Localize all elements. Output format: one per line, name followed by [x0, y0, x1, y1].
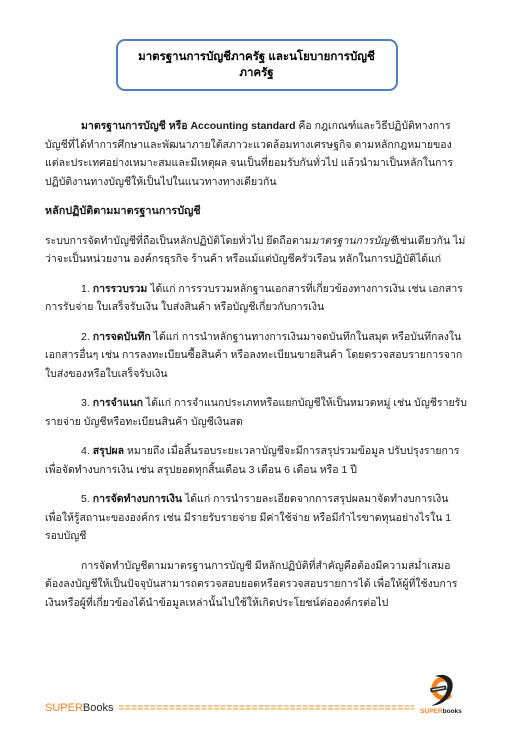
- list-item-term: การจดบันทึก: [93, 331, 151, 343]
- footer-brand-left-super: SUPER: [45, 702, 83, 714]
- list-item: 1.การรวบรวม ได้แก่ การรวบรวมหลักฐานเอกสา…: [45, 280, 468, 317]
- list-item: 4.สรุปผล หมายถึง เมื่อสิ้นรอบระยะเวลาบัญ…: [45, 442, 468, 479]
- intro-paragraph: มาตรฐานการบัญชี หรือ Accounting standard…: [45, 117, 468, 191]
- footer-brand-left-books: Books: [83, 702, 114, 714]
- list-item-number: 4.: [81, 445, 90, 457]
- superbooks-logo-icon: [428, 674, 455, 707]
- footer-brand-left: SUPERBooks: [45, 702, 113, 715]
- list-item-term: การจัดทำงบการเงิน: [93, 493, 182, 505]
- closing-paragraph: การจัดทำบัญชีตามมาตรฐานการบัญชี มีหลักปฏ…: [45, 557, 468, 613]
- list-item-number: 1.: [81, 283, 90, 295]
- footer-brand-right-super: SUPER: [420, 708, 442, 715]
- list-item-term: สรุปผล: [93, 445, 124, 457]
- document-page: มาตรฐานการบัญชีภาครัฐ และนโยบายการบัญชีภ…: [0, 0, 513, 739]
- list-item-number: 3.: [81, 397, 90, 409]
- page-footer: SUPERBooks =============================…: [45, 674, 463, 715]
- list-item-number: 5.: [81, 493, 90, 505]
- title-box: มาตรฐานการบัญชีภาครัฐ และนโยบายการบัญชีภ…: [116, 39, 398, 91]
- intro-bold-text: มาตรฐานการบัญชี หรือ Accounting standard: [81, 120, 295, 132]
- section-intro-italic: มาตรฐานการบัญชี: [312, 235, 397, 247]
- footer-brand-right: SUPERbooks: [419, 674, 463, 715]
- section-intro-paragraph: ระบบการจัดทำบัญชีที่ถือเป็นหลักปฏิบัติโด…: [45, 232, 468, 269]
- footer-separator-line: ========================================…: [118, 702, 414, 715]
- list-item-term: การรวบรวม: [93, 283, 148, 295]
- footer-brand-right-label: SUPERbooks: [420, 708, 462, 715]
- list-item-number: 2.: [81, 331, 90, 343]
- document-body: มาตรฐานการบัญชี หรือ Accounting standard…: [45, 117, 468, 612]
- list-item: 3.การจำแนก ได้แก่ การจำแนกประเภทหรือแยกบ…: [45, 394, 468, 431]
- footer-brand-right-books: books: [443, 708, 462, 715]
- page-title: มาตรฐานการบัญชีภาครัฐ และนโยบายการบัญชีภ…: [130, 49, 384, 81]
- list-item: 2.การจดบันทึก ได้แก่ การนำหลักฐานทางการเ…: [45, 328, 468, 384]
- section-heading: หลักปฏิบัติตามมาตรฐานการบัญชี: [45, 202, 468, 221]
- section-intro-pre: ระบบการจัดทำบัญชีที่ถือเป็นหลักปฏิบัติโด…: [45, 235, 312, 247]
- list-item: 5.การจัดทำงบการเงิน ได้แก่ การนำรายละเอี…: [45, 490, 468, 546]
- list-item-term: การจำแนก: [93, 397, 143, 409]
